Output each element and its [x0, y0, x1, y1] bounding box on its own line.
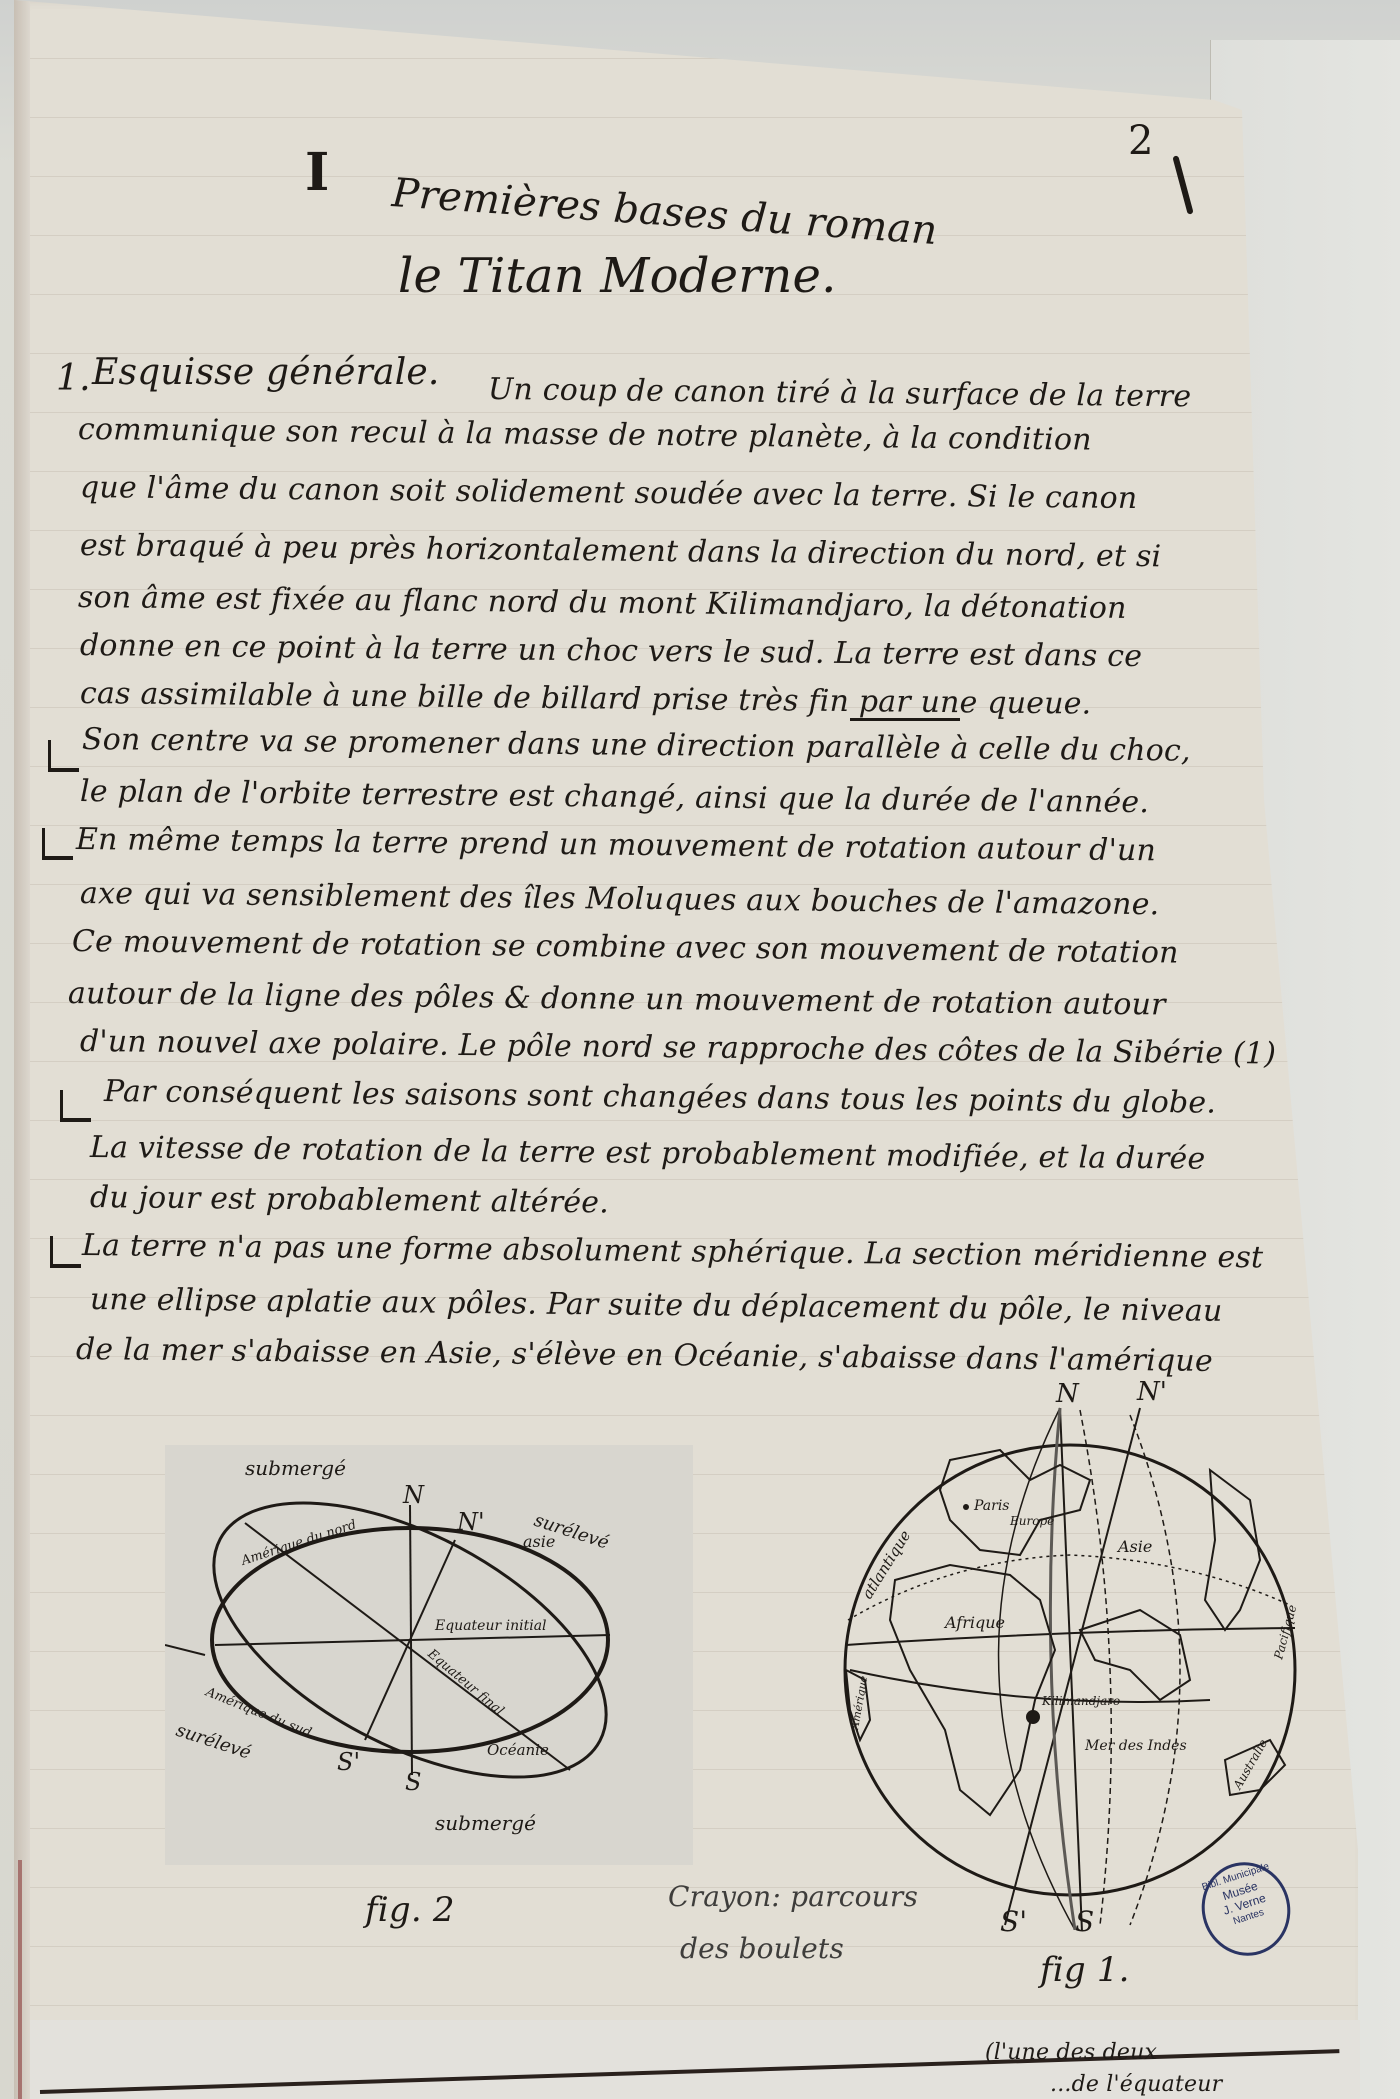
fig2-label-final-equator: Equateur final: [424, 1646, 507, 1719]
fig2-label-submerged-top: submergé: [245, 1456, 346, 1480]
fig2-label-raised-left: surélevé: [173, 1720, 253, 1764]
lower-note-line-1: (l'une des deux: [985, 2040, 1157, 2065]
figure-2-panel: N N' S S' submergé submergé surélevé sur…: [165, 1445, 693, 1865]
chapter-numeral: I: [305, 142, 330, 203]
fig1-label-n: N: [1055, 1379, 1080, 1409]
lower-note-line-2: ...de l'équateur: [1050, 2072, 1222, 2097]
figure-2-caption: fig. 2: [365, 1890, 455, 1930]
page-number: 2: [1128, 118, 1154, 164]
paragraph-line: du jour est probablement altérée.: [90, 1180, 609, 1220]
fig2-label-s-prime: S': [337, 1748, 360, 1776]
fig1-label-asia: Asie: [1116, 1537, 1152, 1556]
fig1-label-europe: Europe: [1009, 1514, 1054, 1528]
fig1-label-paris: Paris: [973, 1498, 1010, 1514]
fig2-label-north-america: Amérique du nord: [239, 1517, 359, 1569]
fig2-label-n: N: [402, 1481, 425, 1509]
figure-1-globe: N N' Paris Europe atlantique Afrique Asi…: [830, 1370, 1310, 1930]
underline-mark: [850, 718, 960, 721]
heading-line-2: le Titan Moderne.: [398, 248, 837, 304]
page-binding-edge: [14, 0, 30, 2099]
paragraph-bracket-mark: [60, 1090, 91, 1122]
fig1-label-africa: Afrique: [943, 1613, 1005, 1632]
paragraph-bracket-mark: [42, 828, 73, 860]
fig2-label-s: S: [405, 1768, 421, 1796]
paragraph-line: Un coup de canon tiré à la surface de la…: [488, 372, 1192, 414]
paragraph-bracket-mark: [50, 1236, 81, 1268]
red-edge-mark: [18, 1860, 22, 2099]
fig1-label-kilimanjaro: Kilimandjaro: [1041, 1694, 1120, 1708]
fig2-label-initial-equator: Equateur initial: [434, 1618, 547, 1634]
fig1-label-indian-sea: Mer des Indes: [1084, 1738, 1187, 1754]
fig2-label-n-prime: N': [456, 1508, 485, 1536]
fig2-label-oceania: Océanie: [487, 1741, 549, 1759]
fig1-label-n-prime: N': [1136, 1377, 1167, 1407]
fig1-label-s-prime: S': [1000, 1905, 1027, 1938]
margin-note-line-2: des boulets: [680, 1932, 844, 1965]
figure-2-diagram: N N' S S' submergé submergé surélevé sur…: [165, 1445, 693, 1865]
fig2-label-submerged-bottom: submergé: [435, 1811, 536, 1835]
fig2-label-asia: asie: [523, 1532, 555, 1551]
figure-1-caption: fig 1.: [1040, 1950, 1130, 1990]
fig1-label-s: S: [1075, 1905, 1094, 1938]
section-title: Esquisse générale.: [92, 352, 440, 393]
paragraph-bracket-mark: [48, 740, 79, 772]
section-number: 1.: [56, 358, 91, 399]
